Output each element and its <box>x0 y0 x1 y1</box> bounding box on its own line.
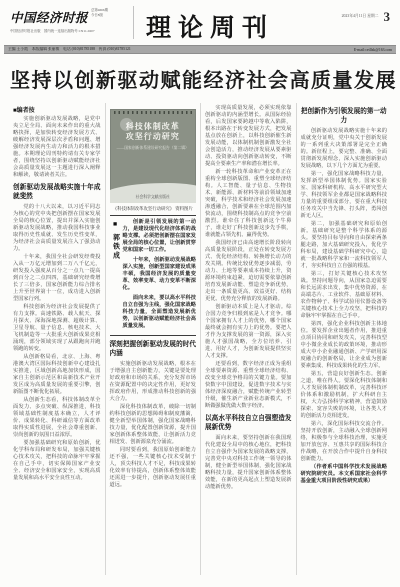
body-paragraph: 要加强基础研究和原始创新，优化学科布局和研发布局，加强关键核心技术攻关，把科技的… <box>13 440 101 482</box>
body-paragraph: 第一，强化国家战略科技力量，发挥新型举国体制优势。国家实验室、国家科研机构、高水… <box>301 171 388 220</box>
body-paragraph: 第四，强化企业科技创新主体地位。要发挥企业出题者作用，推进重点项目协同和研发攻关… <box>301 321 388 370</box>
body-paragraph: 第五，营造良好创新生态。创新之道，唯在得人。要深化科技体制和人才发展体制机制改革… <box>301 371 388 420</box>
body-paragraph: 同时要看到，我国原始创新能力还不强，一些关键核心技术受制于人，顶尖科技人才不足，… <box>110 447 197 489</box>
body-paragraph: 第二，加强基础研究和原始创新。基础研究是整个科学体系的源头。要坚持目标导向和自由… <box>301 221 388 270</box>
body-paragraph: 党的十八大以来，以习近平同志为核心的党中央把创新摆在国家发展全局的核心位置，提出… <box>13 204 101 253</box>
column-1-body: 党的十八大以来，以习近平同志为核心的党中央把创新摆在国家发展全局的核心位置，提出… <box>13 204 101 482</box>
header-right: 2023年4月11日 星期二 3 <box>342 10 390 23</box>
body-paragraph: 创新是引领发展的第一动力，是建设现代化经济体系的战略支撑。必须把创新摆在国家发展… <box>123 219 197 254</box>
masthead-subline: 中国经济时报社出版 国内统一连续出版物号 CN11-0207 <box>10 28 132 33</box>
column-1: ■编者按 实施创新驱动发展战略，是党中央立足全局、面向未来作出的重大战略抉择，是… <box>9 103 105 575</box>
book-subtitle: ——国家创新体系建设研究报告（第二辑） <box>110 146 197 151</box>
body-paragraph: 实施创新驱动发展战略，是党中央立足全局、面向未来作出的重大战略抉择，是加快转变经… <box>13 116 101 179</box>
body-paragraph: 从创新格局看，北京、上海、粤港澳大湾区国际科技创新中心建设扎实推进，区域创新高地… <box>13 354 101 396</box>
book-publisher: 社会科学文献出版社 <box>110 195 197 200</box>
photo-caption: 《科技体制改革攻坚行动研究》 资料图片 <box>110 206 197 212</box>
rule-above-abstract <box>110 215 197 216</box>
editor-info-bar: 主编 王小霞 本版编辑 张丽敏 电话 (010)81785188 传真 (010… <box>4 45 396 54</box>
body-paragraph: 创新驱动发展战略实施十年来的成就充分证明，党中央关于创新发展的一系列重大决策部署… <box>301 128 388 170</box>
subhead-col3: 以高水平科技自立自强塑造发展新优势 <box>205 414 292 432</box>
column-2: 科技体制改革 攻坚行动研究 ——国家创新体系建设研究报告（第二辑） 社会科学文献… <box>105 103 201 575</box>
book-logo-icon <box>120 118 133 131</box>
body-paragraph: 创新驱动本质上是人才驱动。综合国力竞争归根到底是人才竞争。哪个国家拥有人才上的优… <box>205 304 292 360</box>
masthead: 中国经济时报 总第4666期 今日8版 中国经济时报社出版 国内统一连续出版物号… <box>10 8 132 33</box>
page-header: 中国经济时报 总第4666期 今日8版 中国经济时报社出版 国内统一连续出版物号… <box>0 0 400 44</box>
body-paragraph: 实现高质量发展，必须实现依靠创新驱动的内涵型增长。从国际经验看，后发国家要跨越中… <box>205 105 292 168</box>
body-paragraph: 深化科技体制改革，破除一切制约科技创新的思想障碍和制度藩篱，健全新型举国体制，强… <box>110 404 197 446</box>
abstract-text: 创新是引领发展的第一动力，是建设现代化经济体系的战略支撑。必须把创新摆在国家发展… <box>123 219 197 333</box>
editor-info-email: E-mail:cetllzk@163.com <box>354 48 392 52</box>
column-4: 把创新作为引领发展的第一动力 创新驱动发展战略实施十年来的成就充分证明，党中央关… <box>296 103 392 575</box>
column-3-body-after: 面向未来，要坚持创新在我国现代化建设全局中的核心地位，把科技自立自强作为国家发展… <box>205 435 292 491</box>
body-paragraph: 面向未来，要以高水平科技自立自强为主线，强化国家战略科技力量，全面塑造发展新优势… <box>123 295 197 330</box>
column-4-body: 创新驱动发展战略实施十年来的成就充分证明，党中央关于创新发展的一系列重大决策部署… <box>301 128 388 463</box>
editor-note-label: ■编者按 <box>13 105 101 114</box>
editor-note-text: 实施创新驱动发展战略，是党中央立足全局、面向未来作出的重大战略抉择，是加快转变经… <box>13 116 101 179</box>
body-paragraph: 十年来，我国全社会研发经费投入从一万亿元增加到二万八千亿元，研发投入强度从百分之… <box>13 254 101 303</box>
body-paragraph: 科技创新为经济社会发展提供了有力支撑。高速铁路、载人航天、探月探火、深海深地探测… <box>13 304 101 353</box>
author-byline: ■ 郭铁成 <box>110 219 120 333</box>
book-title-line2: 攻坚行动研究 <box>110 132 197 142</box>
body-paragraph: 从创新生态看，科技体制改革全面发力、多点突破、纵深推进，科技领域基础性制度基本确… <box>13 397 101 439</box>
spiral-binding-icon <box>114 111 193 114</box>
newspaper-page: 中国经济时报 总第4666期 今日8版 中国经济时报社出版 国内统一连续出版物号… <box>0 0 400 587</box>
abstract-block: ■ 郭铁成 创新是引领发展的第一动力，是建设现代化经济体系的战略支撑。必须把创新… <box>110 219 197 333</box>
column-3: 实现高质量发展，必须实现依靠创新驱动的内涵型增长。从国际经验看，后发国家要跨越中… <box>200 103 296 575</box>
edition-number: 总第4666期 <box>91 8 108 12</box>
article-columns: ■编者按 实施创新驱动发展战略，是党中央立足全局、面向未来作出的重大战略抉择，是… <box>9 103 391 575</box>
header-divider <box>133 6 134 39</box>
body-paragraph: 我国经济已由高速增长阶段转向高质量发展阶段，正处在转变发展方式、优化经济结构、转… <box>205 240 292 303</box>
column-2-body: 实施创新驱动发展战略，根本在于增强自主创新能力，关键是要处理好政府和市场的关系，… <box>110 361 197 489</box>
body-paragraph: 面向未来，要坚持创新在我国现代化建设全局中的核心地位，把科技自立自强作为国家发展… <box>205 435 292 491</box>
editor-info-left: 主编 王小霞 本版编辑 张丽敏 电话 (010)81785188 传真 (010… <box>8 47 131 52</box>
cover-wave-decoration <box>110 183 197 203</box>
newspaper-title: 中国经济时报 <box>10 8 88 26</box>
subhead-col1: 创新驱动发展战略实施十年成就斐然 <box>13 183 101 201</box>
body-paragraph: 十年来，创新驱动发展战略深入实施，创新型国家建设成果丰硕，我国经济发展的质量变革… <box>123 257 197 292</box>
body-paragraph: 还要看到，数字经济正成为重组全球要素资源、重塑全球经济结构、改变全球竞争格局的关… <box>205 361 292 410</box>
article-headline: 坚持以创新驱动赋能经济社会高质量发展 <box>10 64 390 93</box>
subhead-col4: 把创新作为引领发展的第一动力 <box>301 107 388 125</box>
masthead-edition-info: 总第4666期 今日8版 <box>91 8 108 17</box>
pages-today: 今日8版 <box>91 13 103 17</box>
book-cover-image: 科技体制改革 攻坚行动研究 ——国家创新体系建设研究报告（第二辑） 社会科学文献… <box>110 109 197 203</box>
subhead-col2: 深刻把握创新驱动发展的时代内涵 <box>110 340 197 358</box>
page-number: 3 <box>384 10 391 23</box>
body-paragraph: 第六，深化国际科技交流合作。坚持开放创新，主动融入全球创新网络，积极参与全球科技… <box>301 421 388 463</box>
date-text: 2023年4月11日 星期二 <box>342 14 379 19</box>
column-3-body: 实现高质量发展，必须实现依靠创新驱动的内涵型增长。从国际经验看，后发国家要跨越中… <box>205 105 292 410</box>
section-title: 理论周刊 <box>142 8 278 44</box>
body-paragraph: 实施创新驱动发展战略，根本在于增强自主创新能力，关键是要处理好政府和市场的关系，… <box>110 361 197 403</box>
body-paragraph: 第三，打好关键核心技术攻坚战。坚持问题导向，从国家急迫需要和长远需求出发，集中优… <box>301 271 388 320</box>
body-paragraph: （作者系中国科学技术发展战略研究院研究员。本文系国家社会科学基金重大项目阶段性研… <box>301 464 388 485</box>
author-attribution: （作者系中国科学技术发展战略研究院研究员。本文系国家社会科学基金重大项目阶段性研… <box>301 464 388 485</box>
body-paragraph: 新一轮科技革命和产业变革正在重构全球创新版图、重塑全球经济结构。人工智能、量子信… <box>205 169 292 239</box>
rule-below-abstract <box>110 335 197 336</box>
